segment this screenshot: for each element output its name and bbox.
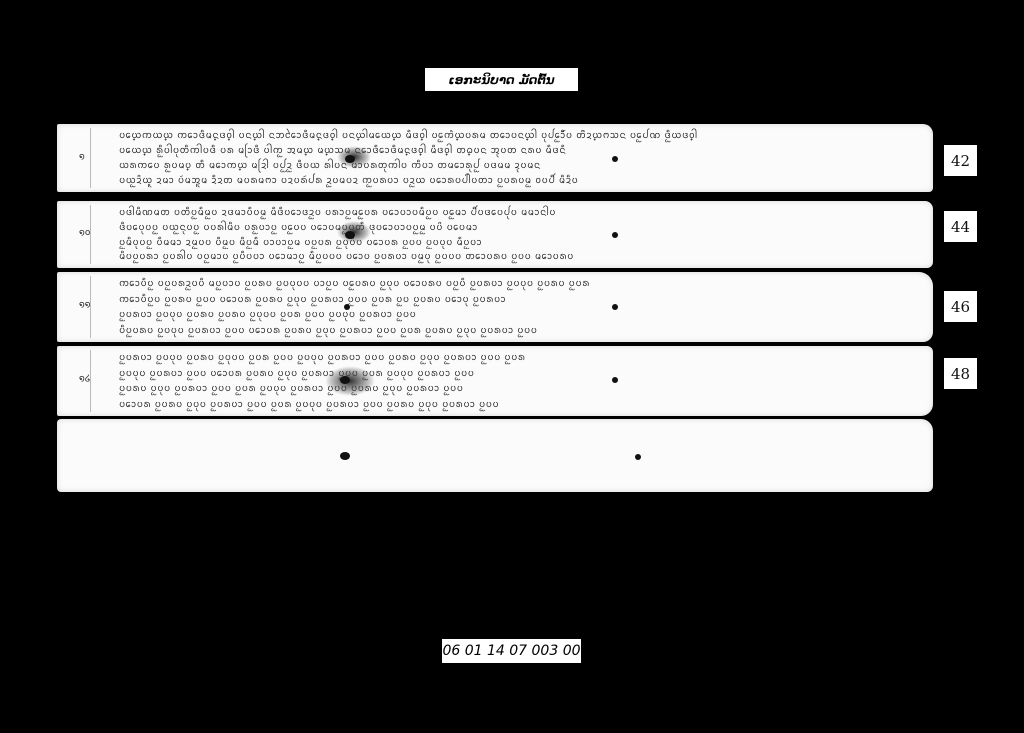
text-lines: ᨷᩬᨷᩁᨷᩣ ᨷᩬᨷᨷᩩᨷ ᨷᩬᨷᩁᨷ ᨷᩬᨷᩩᨷᨷ ᨷᩬᨷᩁ ᨷᩬᨷᨷ ᨷᩬᨷ… xyxy=(119,350,911,412)
leaf-label: ໑໒ xyxy=(79,374,91,384)
text-line: ᨷᩮᩣᨷᩁ ᨷᩬᨷᩁᨷ ᨷᩬᨷᩩᨷ ᨷᩬᨷᩁᨷᩣ ᨷᩬᨷᨷ ᨷᩬᨷᩁ ᨷᩬᨷᨷᩩ… xyxy=(119,397,911,412)
title-label: ເອກະນິບາດ ມັດຕົ້ນ xyxy=(425,68,578,91)
text-line: ᨷᩬᨷᩁᨷ ᨷᩬᨷᩩᨷ ᨷᩬᨷᩁᨷᩣ ᨷᩬᨷᨷ ᨷᩬᨷᩁ ᨷᩬᨷᨷᩩᨷ ᨷᩬᨷᩁ… xyxy=(119,381,911,396)
text-line: ᨷᩬᨷᩁᨷᩣ ᨷᩬᨷᨷᩩᨷ ᨷᩬᨷᩁᨷ ᨷᩬᨷᩩᨷᨷ ᨷᩬᨷᩁ ᨷᩬᨷᨷ ᨷᩬᨷ… xyxy=(119,350,911,365)
leaf-label: ໑໑ xyxy=(79,300,91,310)
text-line: ᨷᩬᨾᩥᨷᩩᨷᨷᩬ ᨷᩥᨾᨾᩣ ᨯᨾᩬᨷᨷ ᨷᩥᨾᩬᨷ ᨾᩥᨷᩬᨾᩥ ᨷᩣᨷᩣᨷ… xyxy=(119,235,911,250)
reference-code-label: 06 01 14 07 003 00 xyxy=(442,639,581,663)
leaf-label: ໑໐ xyxy=(79,228,91,238)
margin-line xyxy=(90,128,91,188)
string-hole xyxy=(612,304,618,310)
text-lines: ᨷᩮ᩠ᨿᨠᨿ᩠ᨿ ᨠᩮᩣᨴᩥᨾ᩠ᨶᨴ᩠ᩅᩤ ᨷᨶ᩠ᨿᩤ ᨶᨽᩱᩮᩣᨴᩥᨾ᩠ᨶᨴ᩠… xyxy=(119,128,911,188)
string-hole xyxy=(635,454,641,460)
text-line: ᨾᩥᨷᨷᩬᨷᩁᩣ ᨷᩬᨷᩁᩤᨷ ᨷᨷᩬᨾᩣᨷ ᨷᩬᨷᩥᨷᨷᩣ ᨷᩮᩣᨾᩣᨷᩬ ᨾ… xyxy=(119,249,911,264)
text-line: ᨠᩮᩣᨷᩥᨷᩬ ᨷᨷᩬᨷᩁᨯᩬᨷᨷᩥ ᨾᨷᩬᨷᩣᨷ ᨷᩬᨷᩁᨷ ᨷᩬᨷᨷᩩᨷᨷ … xyxy=(119,276,911,291)
text-line: ᨿᩁᨠᩮᨷ ᩁᩬᨷᨾ᩠ᨷ ᨲᩥ ᨾᩮᩣᨠ᩠ᨿ ᨾᩕᨯᩤ ᨷᨸᩬᨯᩬ ᨴᩥᨷᨿ ᩁ… xyxy=(119,158,911,173)
text-lines: ᨷᨴᩤᨾᩥᨱᨾᨲ ᨷᨲᩥᨷᩬᨾᩥᨾᩬᨷ ᨯᨴᨾᩣᨷᩥᨷᨾᩬ ᨾᩥᨴᩥᨷᩮᩣᨴᨯᩬ… xyxy=(119,205,911,264)
manuscript-leaf-1: ໑ ᨷᩮ᩠ᨿᨠᨿ᩠ᨿ ᨠᩮᩣᨴᩥᨾ᩠ᨶᨴ᩠ᩅᩤ ᨷᨶ᩠ᨿᩤ ᨶᨽᩱᩮᩣᨴᩥᨾ᩠ᨶ… xyxy=(57,124,933,192)
text-lines: ᨠᩮᩣᨷᩥᨷᩬ ᨷᨷᩬᨷᩁᨯᩬᨷᨷᩥ ᨾᨷᩬᨷᩣᨷ ᨷᩬᨷᩁᨷ ᨷᩬᨷᨷᩩᨷᨷ … xyxy=(119,276,911,338)
page-number-42: 42 xyxy=(944,145,977,176)
page-number-46: 46 xyxy=(944,291,977,322)
stain xyxy=(325,366,375,396)
string-hole xyxy=(345,155,355,163)
string-hole xyxy=(612,377,618,383)
manuscript-leaf-blank xyxy=(57,419,933,492)
string-hole xyxy=(340,452,350,460)
text-line: ᨷᩮ᩠ᨿᨠᨿ᩠ᨿ ᨠᩮᩣᨴᩥᨾ᩠ᨶᨴ᩠ᩅᩤ ᨷᨶ᩠ᨿᩤ ᨶᨽᩱᩮᩣᨴᩥᨾ᩠ᨶᨴ᩠… xyxy=(119,128,911,143)
manuscript-leaf-2: ໑໐ ᨷᨴᩤᨾᩥᨱᨾᨲ ᨷᨲᩥᨷᩬᨾᩥᨾᩬᨷ ᨯᨴᨾᩣᨷᩥᨷᨾᩬ ᨾᩥᨴᩥᨷᩮᩣ… xyxy=(57,201,933,268)
text-line: ᨷᩬᨷᨷᩩᨷ ᨷᩬᨷᩁᨷᩣ ᨷᩬᨷᨷ ᨷᩮᩣᨷᩁ ᨷᩬᨷᩁᨷ ᨷᩬᨷᩩᨷ ᨷᩬᨷ… xyxy=(119,366,911,381)
text-line: ᨷᩮᨿ᩠ᨿ ᩁᩬᩥᨷᩤᨷᩩᨲᩥᨠᩤᨷᨴᩥ ᨷᩁ ᨾᩕᩣᨴᩥ ᨷᩤᨠᩬ ᩋᨾ᩠ᨿ … xyxy=(119,143,911,158)
page-number-44: 44 xyxy=(944,211,977,242)
string-hole xyxy=(345,231,355,239)
text-line: ᨷᨿᩬᨯᩦᨿᩪ ᨯᨾᩣ ᨷᩢᨾᩋᩪᨾ ᨯᩥᨯᨲ ᨾᨷᩁᨾᨻᩣ ᨷᨯᨷᩁᩢᨸᩁ ᨯ… xyxy=(119,173,911,188)
leaf-label: ໑ xyxy=(79,152,85,162)
text-line: ᨷᨴᩤᨾᩥᨱᨾᨲ ᨷᨲᩥᨷᩬᨾᩥᨾᩬᨷ ᨯᨴᨾᩣᨷᩥᨷᨾᩬ ᨾᩥᨴᩥᨷᩮᩣᨴᨯᩬ… xyxy=(119,205,911,220)
text-line: ᨠᩮᩣᨷᩥᨷᩬᨷ ᨷᩬᨷᩁᨷ ᨷᩬᨷᨷ ᨷᩮᩣᨷᩁ ᨷᩬᨷᩁᨷ ᨷᩬᨷᩩᨷ ᨷᩬ… xyxy=(119,292,911,307)
string-hole xyxy=(344,304,350,310)
string-hole xyxy=(340,376,350,384)
string-hole xyxy=(612,232,618,238)
manuscript-leaf-4: ໑໒ ᨷᩬᨷᩁᨷᩣ ᨷᩬᨷᨷᩩᨷ ᨷᩬᨷᩁᨷ ᨷᩬᨷᩩᨷᨷ ᨷᩬᨷᩁ ᨷᩬᨷᨷ … xyxy=(57,346,933,416)
page-number-48: 48 xyxy=(944,358,977,389)
string-hole xyxy=(612,156,618,162)
text-line: ᨷᩬᨷᩁᨷᩣ ᨷᩬᨷᨷᩩᨷ ᨷᩬᨷᩁᨷ ᨷᩬᨷᩁᨷ ᨷᩬᨷᩩᨷᨷ ᨷᩬᨷᩁ ᨷᩬ… xyxy=(119,307,911,322)
text-line: ᨴᩥᨷᩮᨷᩩᨷᨷᩬ ᨷᨿᩬᨶᩩᨷᨷᩬ ᨷᨷᩁᩤᨾᩥᨷ ᨷᩁᩬᨷᩣᨷᩬ ᨷᩮᩬᨷᨷ… xyxy=(119,220,911,235)
text-line: ᨷᩥᨷᩬᨷᩁᨷ ᨷᩬᨷᨷᩩᨷ ᨷᩬᨷᩁᨷᩣ ᨷᩬᨷᨷ ᨷᩮᩣᨷᩁ ᨷᩬᨷᩁᨷ ᨷ… xyxy=(119,323,911,338)
manuscript-leaf-3: ໑໑ ᨠᩮᩣᨷᩥᨷᩬ ᨷᨷᩬᨷᩁᨯᩬᨷᨷᩥ ᨾᨷᩬᨷᩣᨷ ᨷᩬᨷᩁᨷ ᨷᩬᨷᨷᩩ… xyxy=(57,272,933,342)
